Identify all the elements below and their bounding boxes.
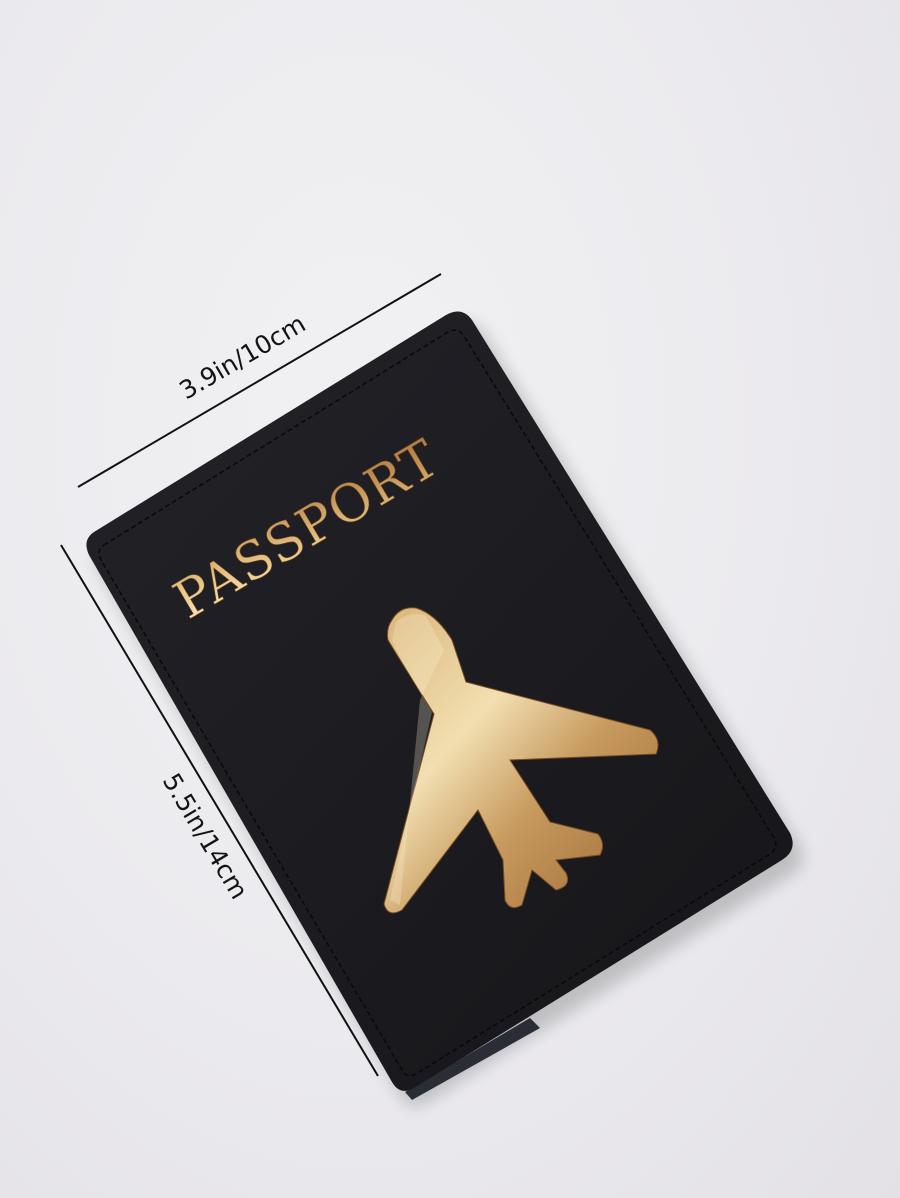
passport-cover: PASSPORT [86,311,802,1106]
product-photo: 3.9in/10cm 5.5in/14cm PASSPORT [0,0,900,1198]
